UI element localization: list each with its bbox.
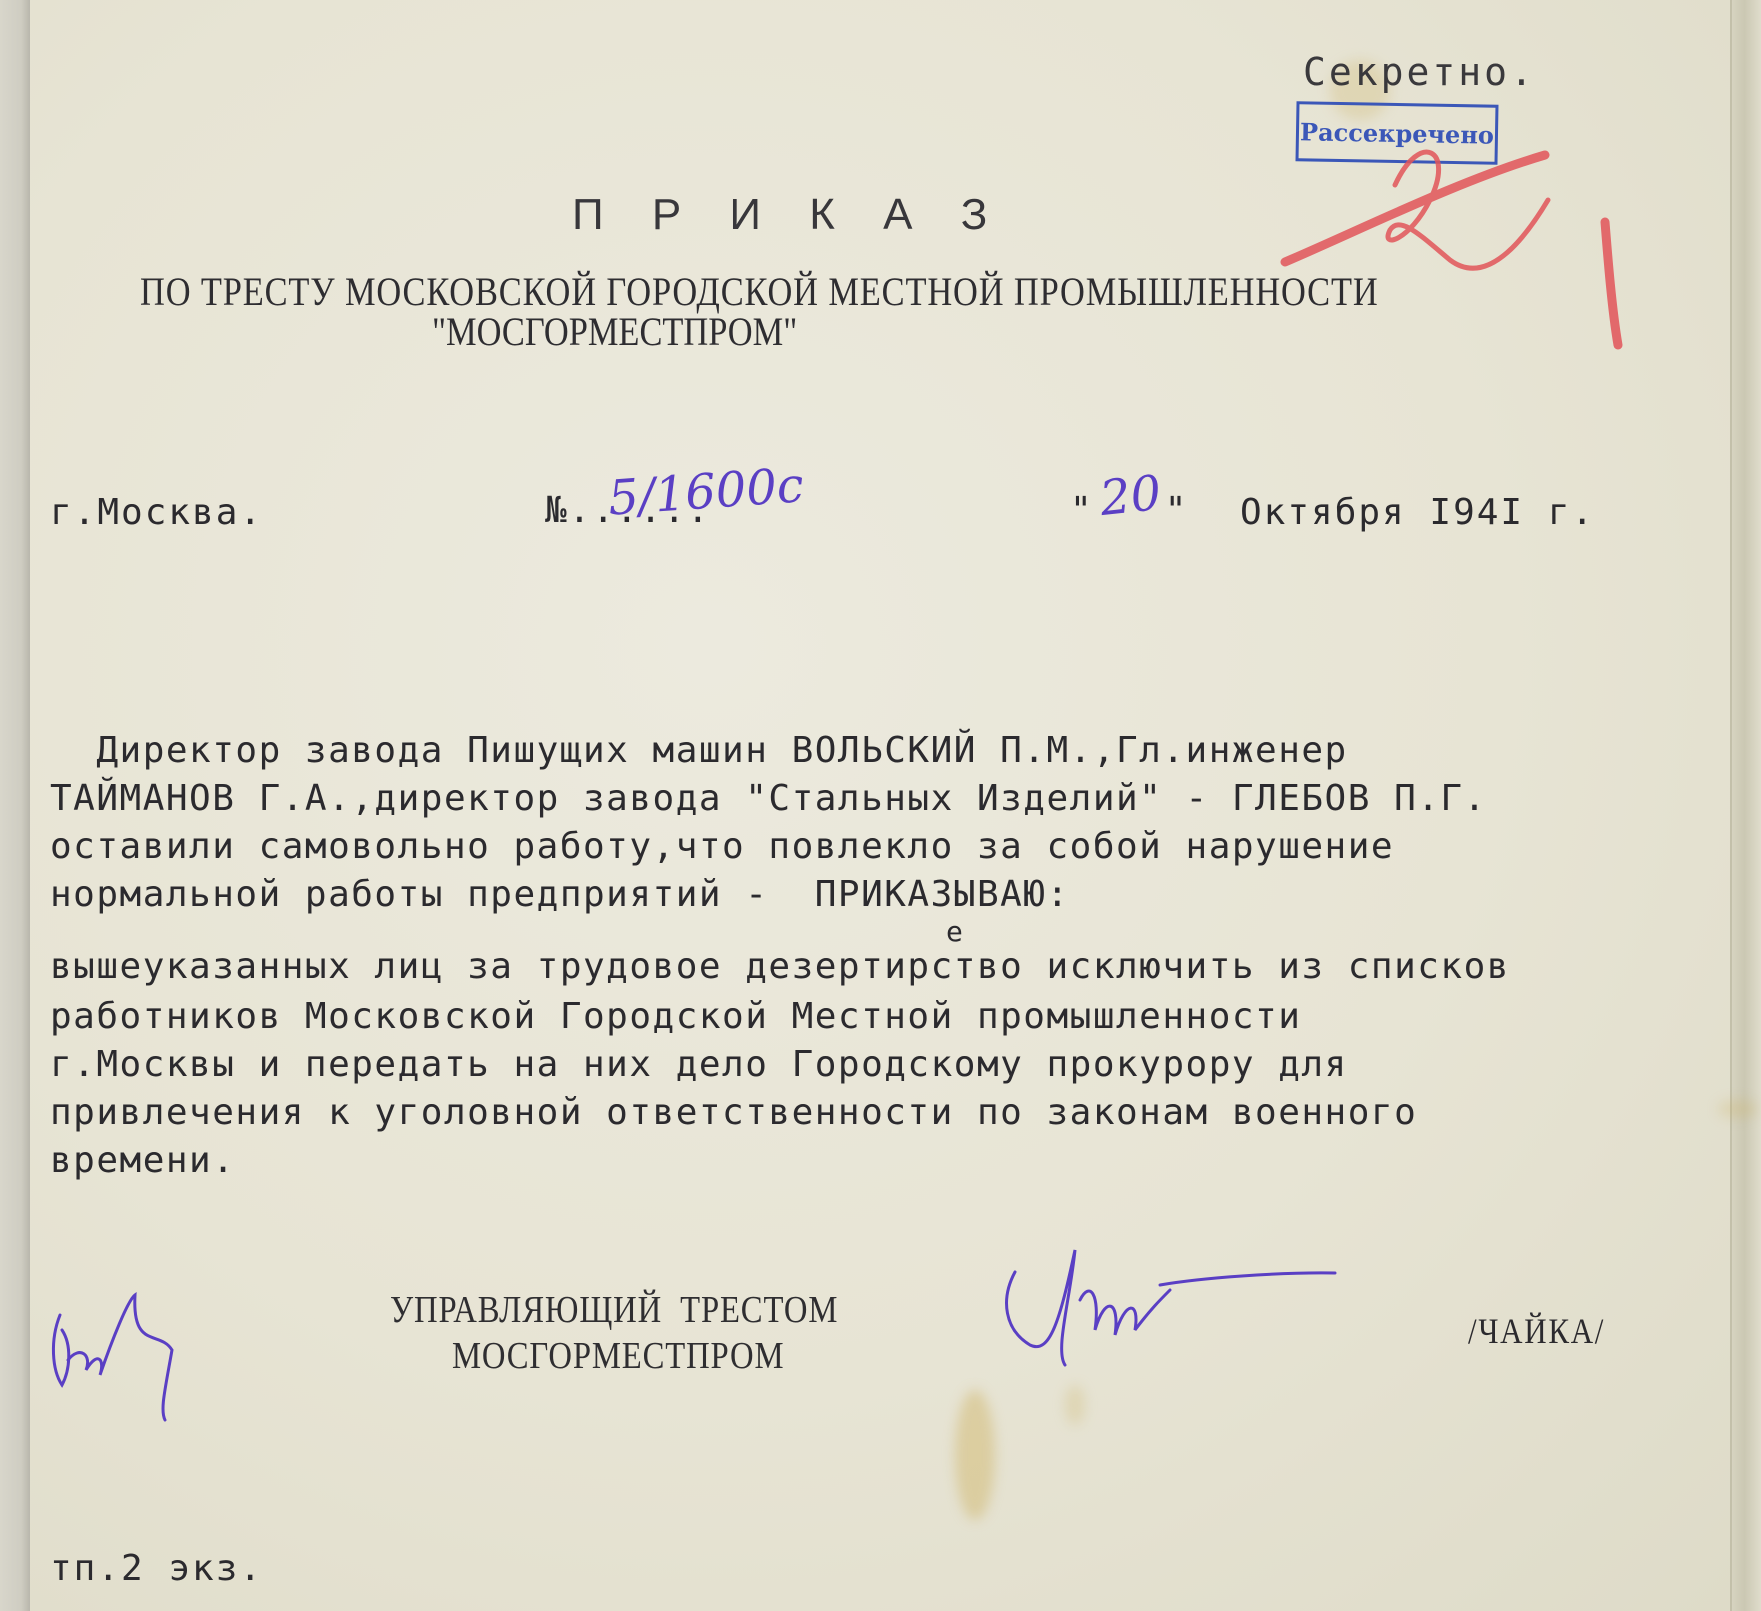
initials-signature-icon	[53, 1295, 172, 1420]
red-pencil-sheet-number-icon	[1285, 152, 1618, 345]
signature-icon	[1007, 1250, 1335, 1365]
handwritten-marks	[0, 0, 1761, 1611]
